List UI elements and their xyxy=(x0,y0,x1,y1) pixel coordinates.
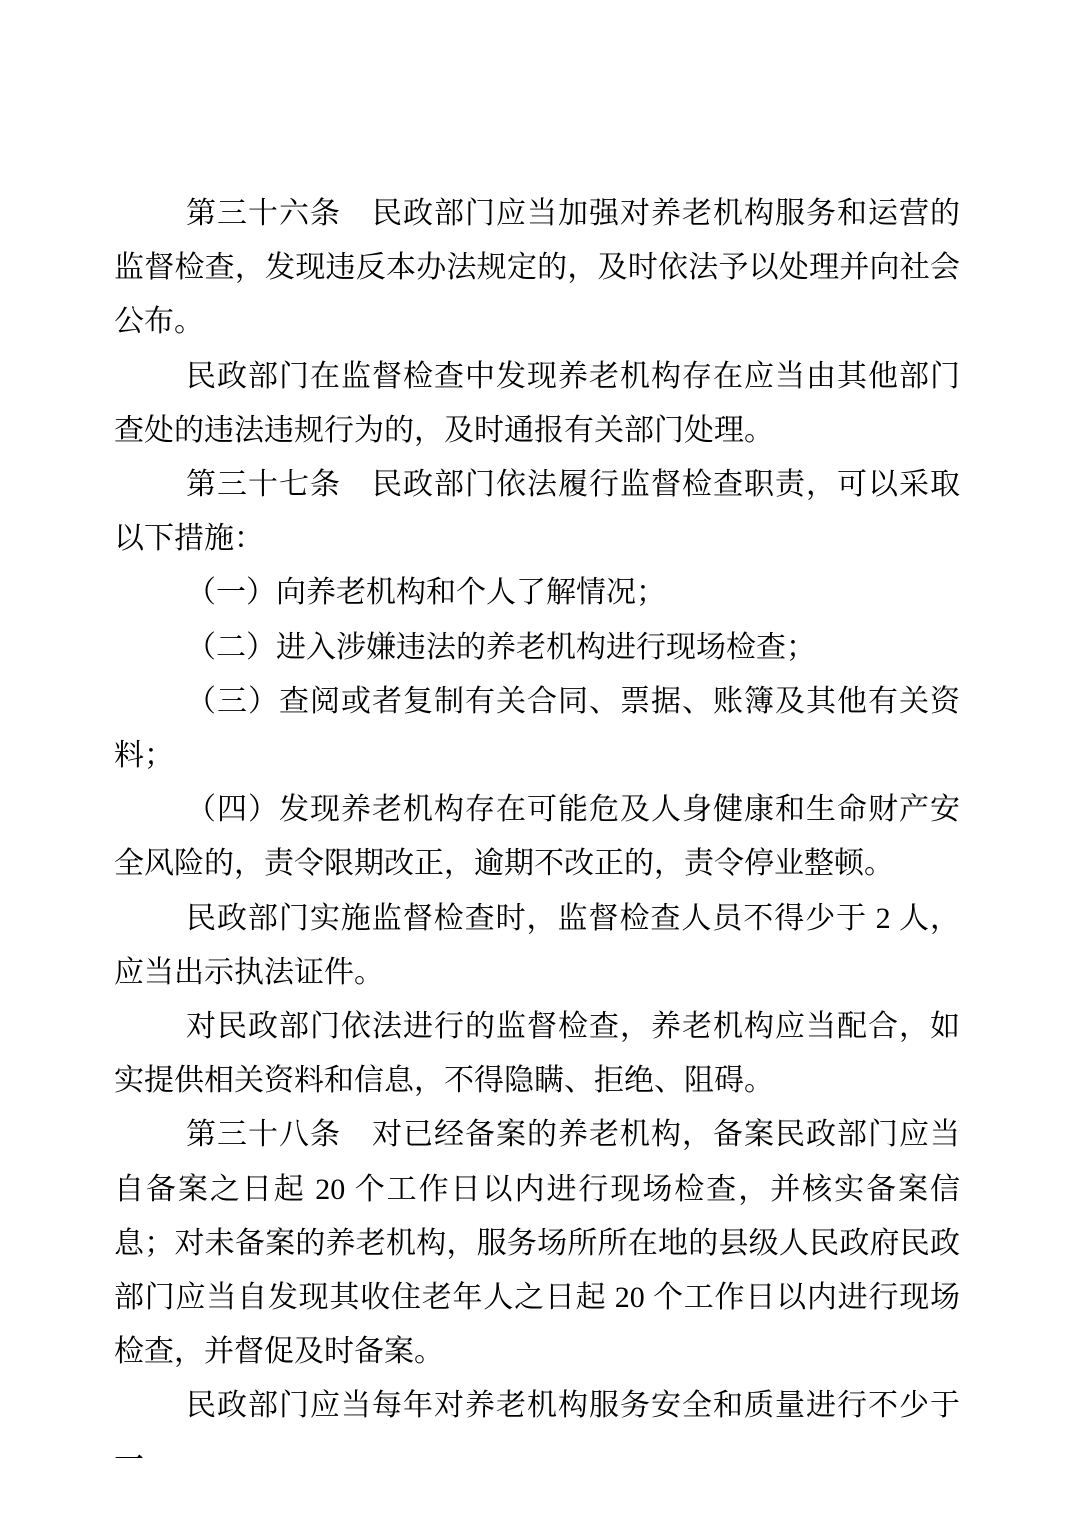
article-37-intro: 第三十七条 民政部门依法履行监督检查职责，可以采取以下措施： xyxy=(114,458,960,566)
article-37-clause-3: 对民政部门依法进行的监督检查，养老机构应当配合，如实提供相关资料和信息，不得隐瞒… xyxy=(114,1000,960,1108)
article-38-clause-1: 第三十八条 对已经备案的养老机构，备案民政部门应当自备案之日起 20 个工作日以… xyxy=(114,1108,960,1379)
article-37-clause-2: 民政部门实施监督检查时，监督检查人员不得少于 2 人，应当出示执法证件。 xyxy=(114,892,960,1000)
article-38-clause-2-partial: 民政部门应当每年对养老机构服务安全和质量进行不少于一 xyxy=(114,1379,960,1487)
article-36-clause-2: 民政部门在监督检查中发现养老机构存在应当由其他部门查处的违法违规行为的，及时通报… xyxy=(114,350,960,458)
document-text-block: 第三十六条 民政部门应当加强对养老机构服务和运营的监督检查，发现违反本办法规定的… xyxy=(114,187,960,1488)
article-37-item-1: （一）向养老机构和个人了解情况； xyxy=(114,566,960,620)
article-37-item-2: （二）进入涉嫌违法的养老机构进行现场检查； xyxy=(114,621,960,675)
article-36-clause-1: 第三十六条 民政部门应当加强对养老机构服务和运营的监督检查，发现违反本办法规定的… xyxy=(114,187,960,350)
article-37-item-3: （三）查阅或者复制有关合同、票据、账簿及其他有关资料； xyxy=(114,675,960,783)
document-page: 第三十六条 民政部门应当加强对养老机构服务和运营的监督检查，发现违反本办法规定的… xyxy=(0,0,1074,1520)
article-37-item-4: （四）发现养老机构存在可能危及人身健康和生命财产安全风险的，责令限期改正，逾期不… xyxy=(114,783,960,891)
